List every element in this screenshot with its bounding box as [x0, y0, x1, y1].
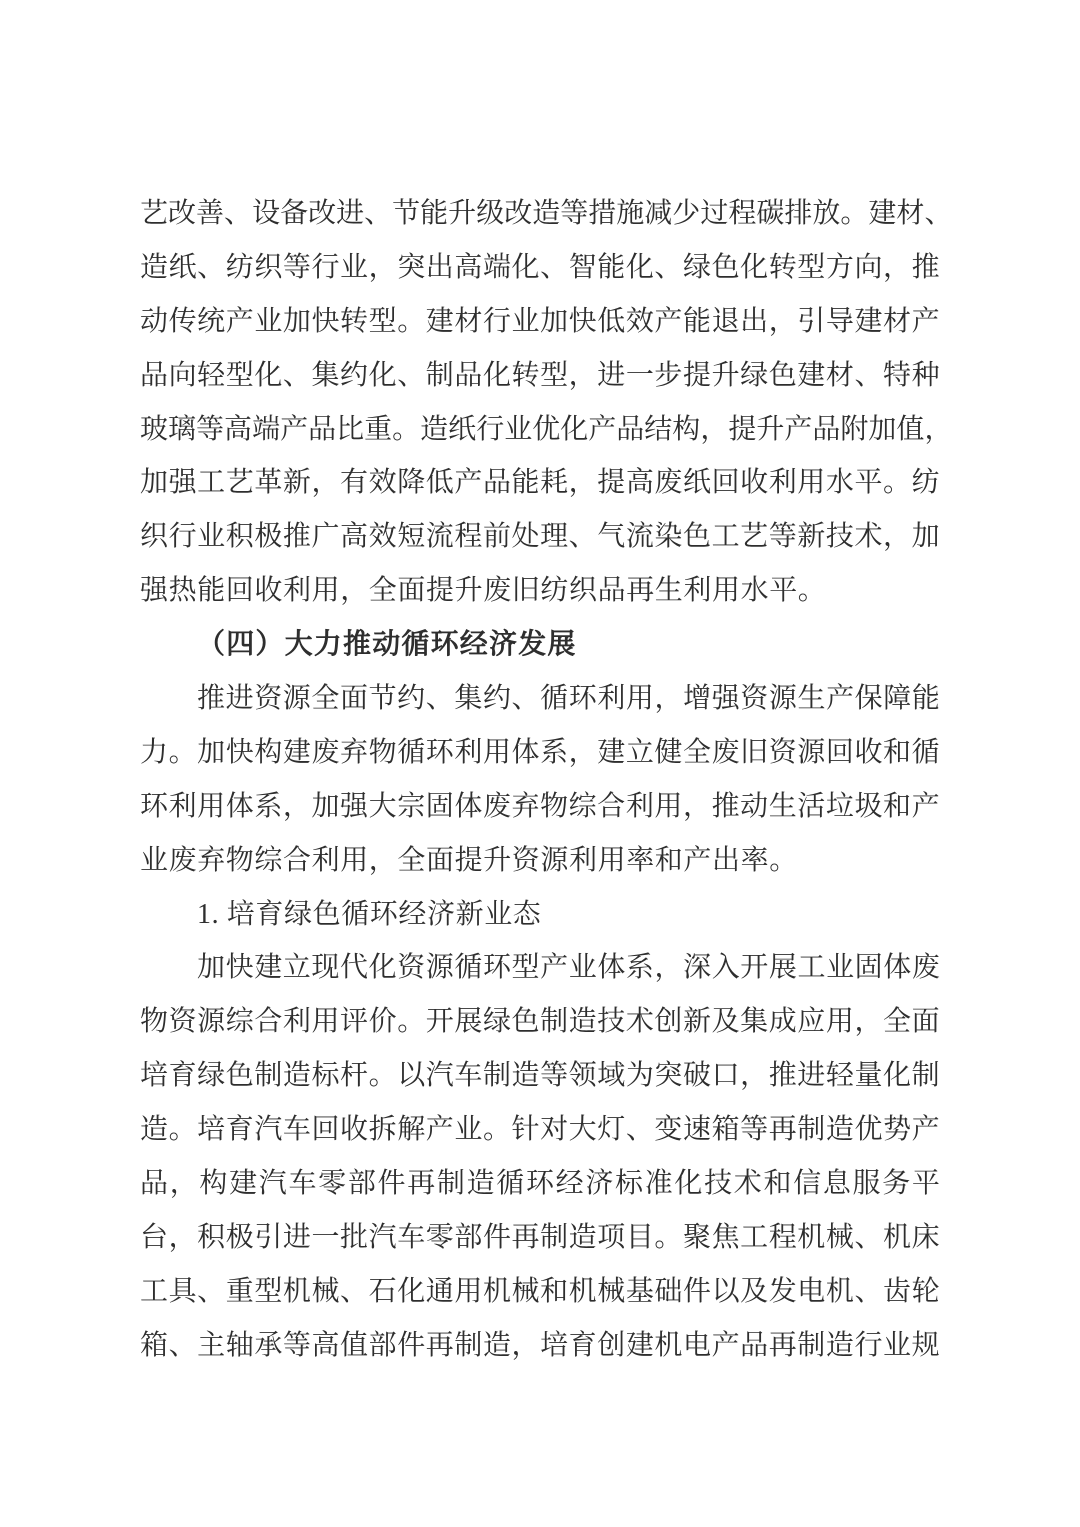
text-line: 业废弃物综合利用，全面提升资源利用率和产出率。 — [140, 834, 940, 888]
text-line: 艺改善、设备改进、节能升级改造等措施减少过程碳排放。建材、 — [140, 187, 940, 241]
text-line: 工具、重型机械、石化通用机械和机械基础件以及发电机、齿轮 — [140, 1265, 940, 1319]
numbered-heading: 1. 培育绿色循环经济新业态 — [140, 888, 940, 942]
text-line: 培育绿色制造标杆。以汽车制造等领域为突破口，推进轻量化制 — [140, 1049, 940, 1103]
text-line: 造纸、纺织等行业，突出高端化、智能化、绿色化转型方向，推 — [140, 241, 940, 295]
text-line: 品，构建汽车零部件再制造循环经济标准化技术和信息服务平 — [140, 1157, 940, 1211]
text-line: 加快建立现代化资源循环型产业体系，深入开展工业固体废 — [140, 941, 940, 995]
text-line: 推进资源全面节约、集约、循环利用，增强资源生产保障能 — [140, 672, 940, 726]
text-line: 品向轻型化、集约化、制品化转型，进一步提升绿色建材、特种 — [140, 349, 940, 403]
text-line: 物资源综合利用评价。开展绿色制造技术创新及集成应用，全面 — [140, 995, 940, 1049]
text-line: 环利用体系，加强大宗固体废弃物综合利用，推动生活垃圾和产 — [140, 780, 940, 834]
text-line: 造。培育汽车回收拆解产业。针对大灯、变速箱等再制造优势产 — [140, 1103, 940, 1157]
text-line: 力。加快构建废弃物循环利用体系，建立健全废旧资源回收和循 — [140, 726, 940, 780]
text-line: 织行业积极推广高效短流程前处理、气流染色工艺等新技术，加 — [140, 510, 940, 564]
document-text-block: 艺改善、设备改进、节能升级改造等措施减少过程碳排放。建材、 造纸、纺织等行业，突… — [140, 187, 940, 1373]
section-heading: （四）大力推动循环经济发展 — [140, 618, 940, 672]
text-line: 加强工艺革新，有效降低产品能耗，提高废纸回收利用水平。纺 — [140, 456, 940, 510]
text-line: 玻璃等高端产品比重。造纸行业优化产品结构，提升产品附加值， — [140, 403, 940, 457]
text-line: 动传统产业加快转型。建材行业加快低效产能退出，引导建材产 — [140, 295, 940, 349]
text-line: 台，积极引进一批汽车零部件再制造项目。聚焦工程机械、机床 — [140, 1211, 940, 1265]
document-page: 艺改善、设备改进、节能升级改造等措施减少过程碳排放。建材、 造纸、纺织等行业，突… — [0, 0, 1080, 1527]
text-line: 箱、主轴承等高值部件再制造，培育创建机电产品再制造行业规 — [140, 1319, 940, 1373]
text-line: 强热能回收利用，全面提升废旧纺织品再生利用水平。 — [140, 564, 940, 618]
